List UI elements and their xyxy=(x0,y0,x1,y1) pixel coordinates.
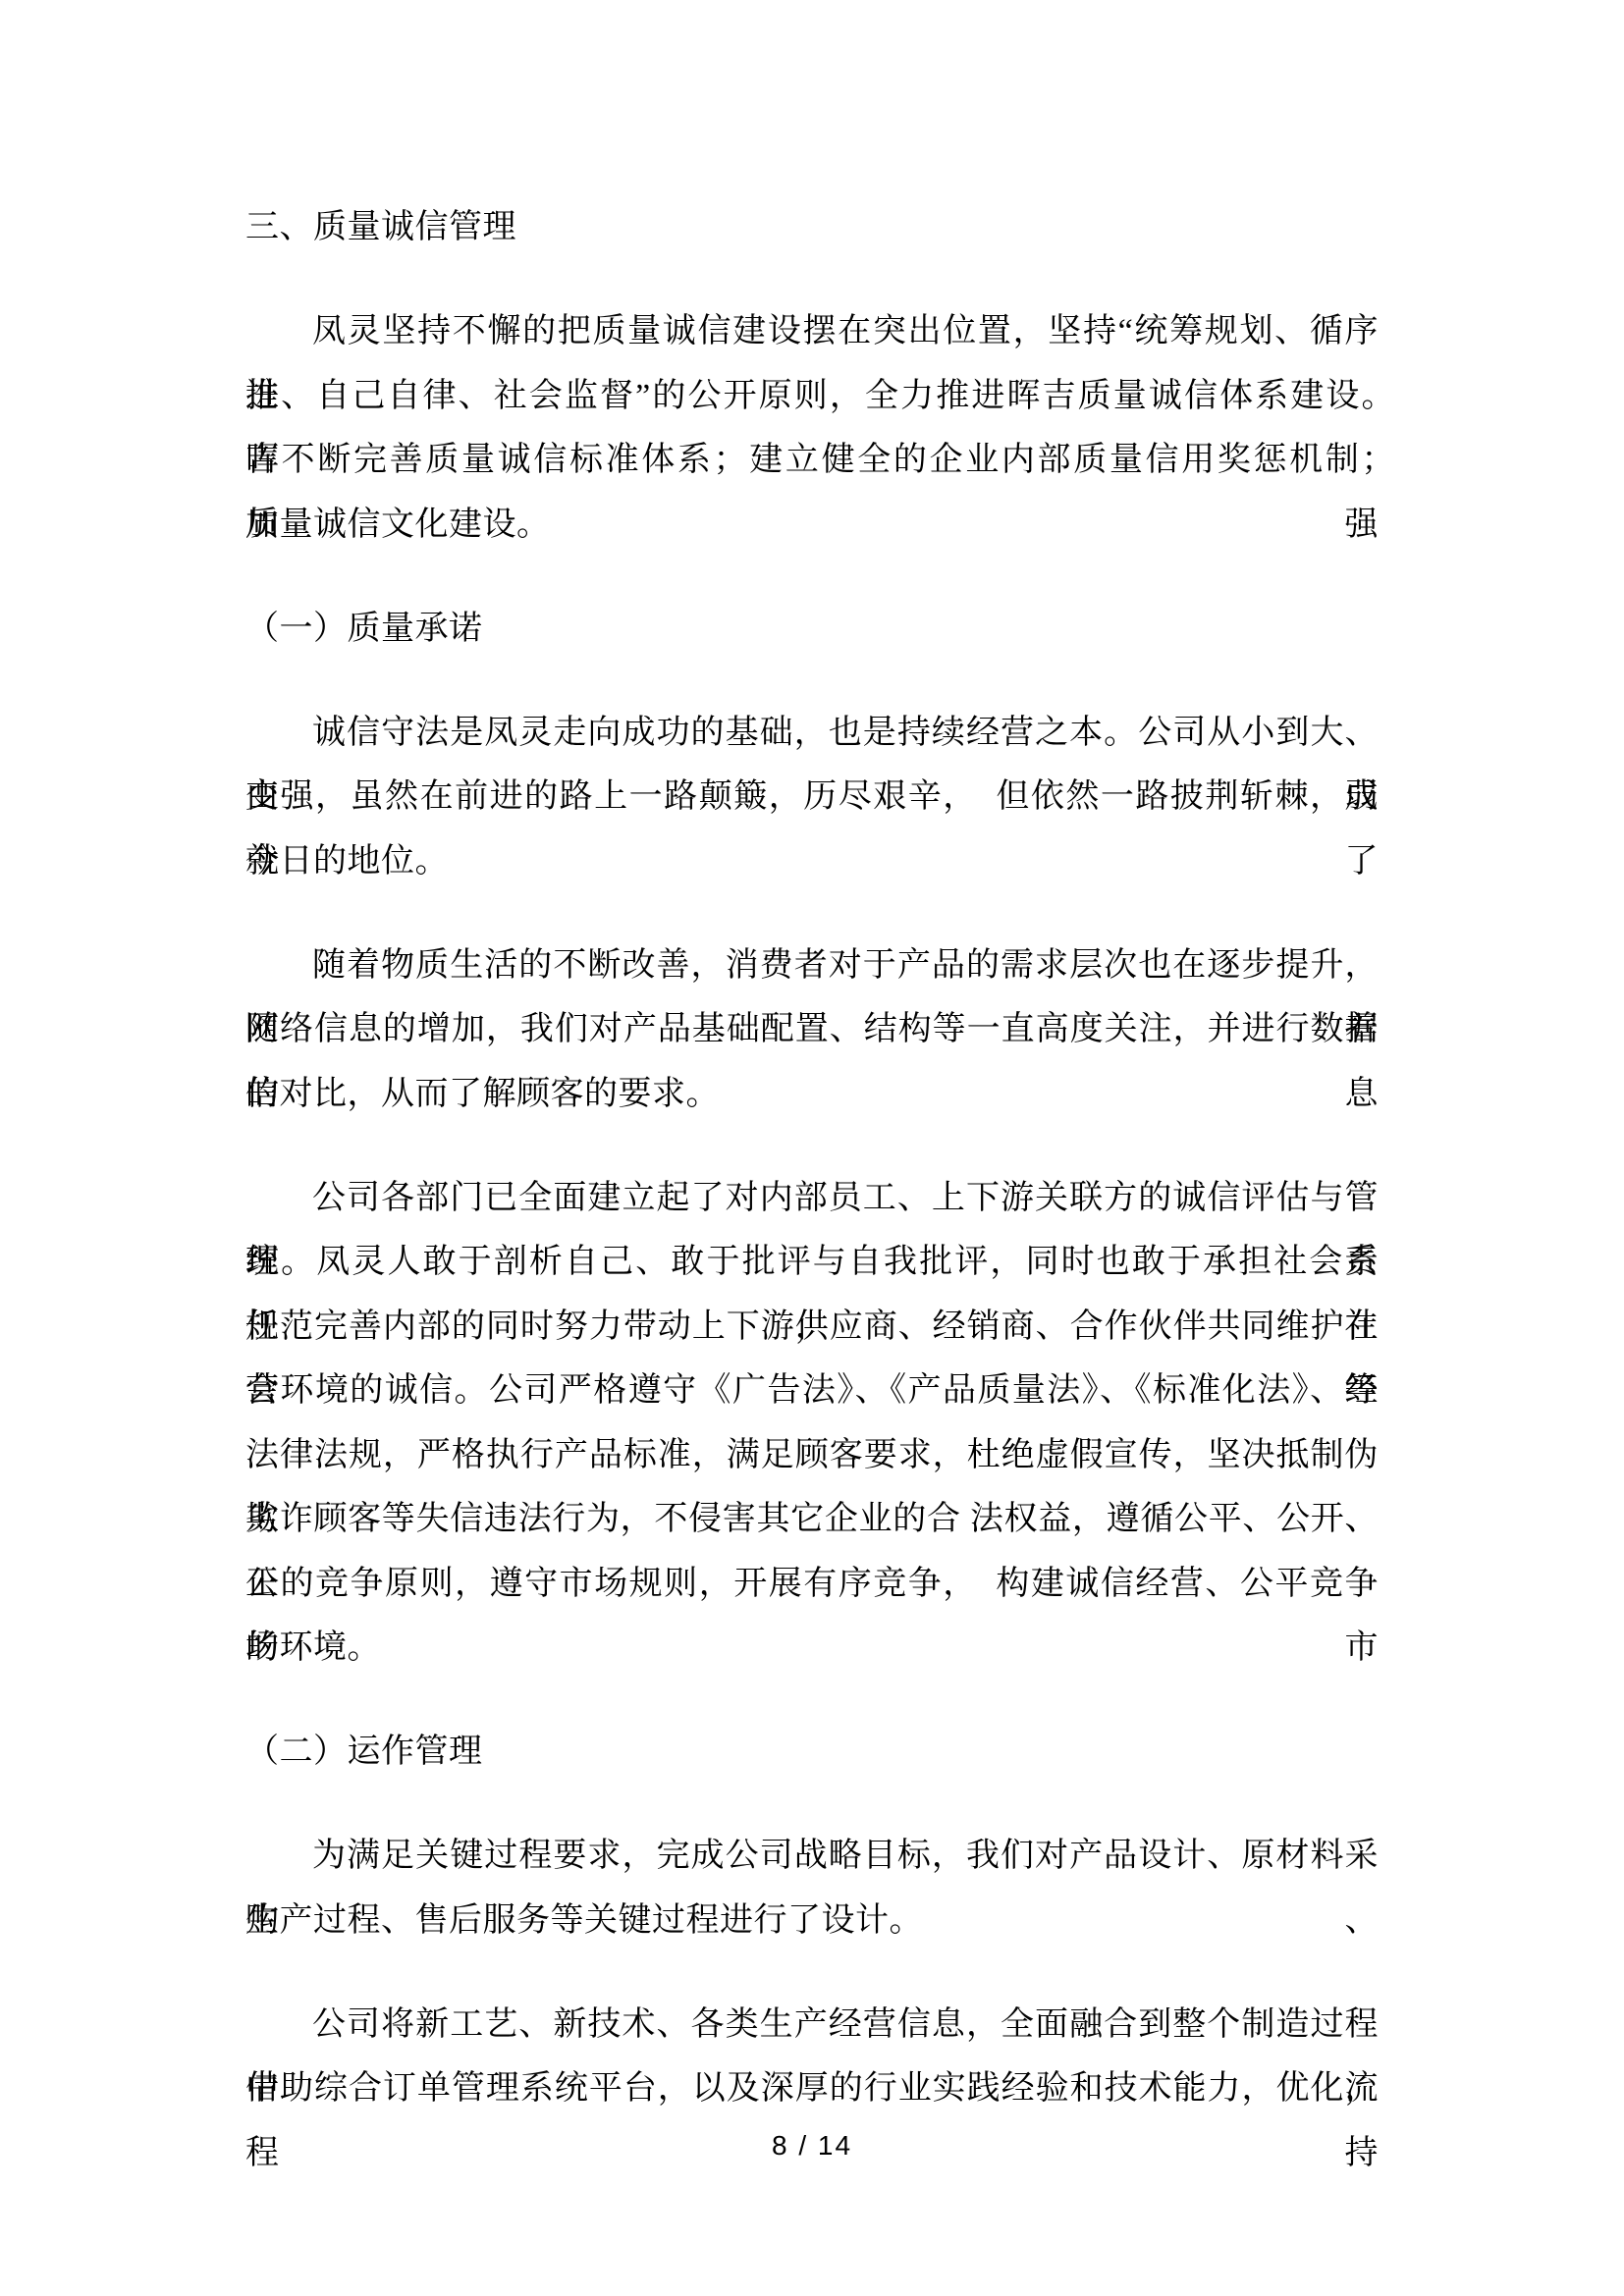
page-number: 8 / 14 xyxy=(0,2128,1624,2163)
paragraph-quality-promise-1: 诚信守法是凤灵走向成功的基础，也是持续经营之本。公司从小到大、由弱变强，虽然在前… xyxy=(245,701,1379,894)
document-body: 三、质量诚信管理凤灵坚持不懈的把质量诚信建设摆在突出位置，坚持“统筹规划、循序 … xyxy=(245,195,1379,2121)
paragraph-quality-promise-3: 公司各部门已全面建立起了对内部员工、上下游关联方的诚信评估与管理系统。凤灵人敢于… xyxy=(245,1166,1379,1681)
text-line: 凤灵坚持不懈的把质量诚信建设摆在突出位置，坚持“统筹规划、循序 推 xyxy=(245,299,1379,364)
text-line: 诚信守法是凤灵走向成功的基础，也是持续经营之本。公司从小到大、由弱 xyxy=(245,701,1379,766)
text-line: 进、自己自律、社会监督”的公开原则，全力推进晖吉质量诚信体系建设。 晖 xyxy=(245,364,1379,429)
paragraph-quality-promise-2: 随着物质生活的不断改善，消费者对于产品的需求层次也在逐步提升，随着网络信息的增加… xyxy=(245,934,1379,1127)
text-line: 随着物质生活的不断改善，消费者对于产品的需求层次也在逐步提升，随着 xyxy=(245,934,1379,998)
paragraph-operations-1: 为满足关键过程要求，完成公司战略目标，我们对产品设计、原材料采购、生产过程、售后… xyxy=(245,1824,1379,1952)
text-line: 网络信息的增加，我们对产品基础配置、结构等一直高度关注，并进行数据信息 xyxy=(245,997,1379,1062)
text-line: 统。凤灵人敢于剖析自己、敢于批评与自我批评，同时也敢于承担社会责任，在 xyxy=(245,1230,1379,1295)
text-line: 三、质量诚信管理 xyxy=(245,195,1379,260)
section-heading-3-1: （一）质量承诺 xyxy=(245,597,1379,662)
paragraph-intro: 凤灵坚持不懈的把质量诚信建设摆在突出位置，坚持“统筹规划、循序 推进、自己自律、… xyxy=(245,299,1379,557)
text-line: 正的竞争原则，遵守市场规则，开展有序竞争， 构建诚信经营、公平竞争的市 xyxy=(245,1552,1379,1617)
paragraph-operations-2: 公司将新工艺、新技术、各类生产经营信息，全面融合到整个制造过程中，借助综合订单管… xyxy=(245,1993,1379,2121)
text-line: （二）运作管理 xyxy=(245,1720,1379,1785)
text-line: 规范完善内部的同时努力带动上下游供应商、经销商、合作伙伴共同维护社会经 xyxy=(245,1295,1379,1360)
text-line: 为满足关键过程要求，完成公司战略目标，我们对产品设计、原材料采购、 xyxy=(245,1824,1379,1889)
section-heading-3-2: （二）运作管理 xyxy=(245,1720,1379,1785)
text-line: 法律法规，严格执行产品标准，满足顾客要求，杜绝虚假宣传，坚决抵制伪劣、 xyxy=(245,1423,1379,1488)
text-line: 公司各部门已全面建立起了对内部员工、上下游关联方的诚信评估与管理系 xyxy=(245,1166,1379,1231)
text-line: 营环境的诚信。公司严格遵守《广告法》、《产品质量法》、《标准化法》、等 xyxy=(245,1359,1379,1423)
document-page: 三、质量诚信管理凤灵坚持不懈的把质量诚信建设摆在突出位置，坚持“统筹规划、循序 … xyxy=(0,0,1624,2296)
text-line: （一）质量承诺 xyxy=(245,597,1379,662)
section-heading-3: 三、质量诚信管理 xyxy=(245,195,1379,260)
text-line: 变强，虽然在前进的路上一路颠簸，历尽艰辛， 但依然一路披荆斩棘，成就了 xyxy=(245,765,1379,829)
text-line: 欺诈顾客等失信违法行为，不侵害其它企业的合 法权益，遵循公平、公开、公 xyxy=(245,1487,1379,1552)
text-line: 借助综合订单管理系统平台，以及深厚的行业实践经验和技术能力，优化流程持 xyxy=(245,2056,1379,2121)
text-line: 吉不断完善质量诚信标准体系；建立健全的企业内部质量信用奖惩机制； 加强 xyxy=(245,428,1379,493)
text-line: 公司将新工艺、新技术、各类生产经营信息，全面融合到整个制造过程中， xyxy=(245,1993,1379,2057)
